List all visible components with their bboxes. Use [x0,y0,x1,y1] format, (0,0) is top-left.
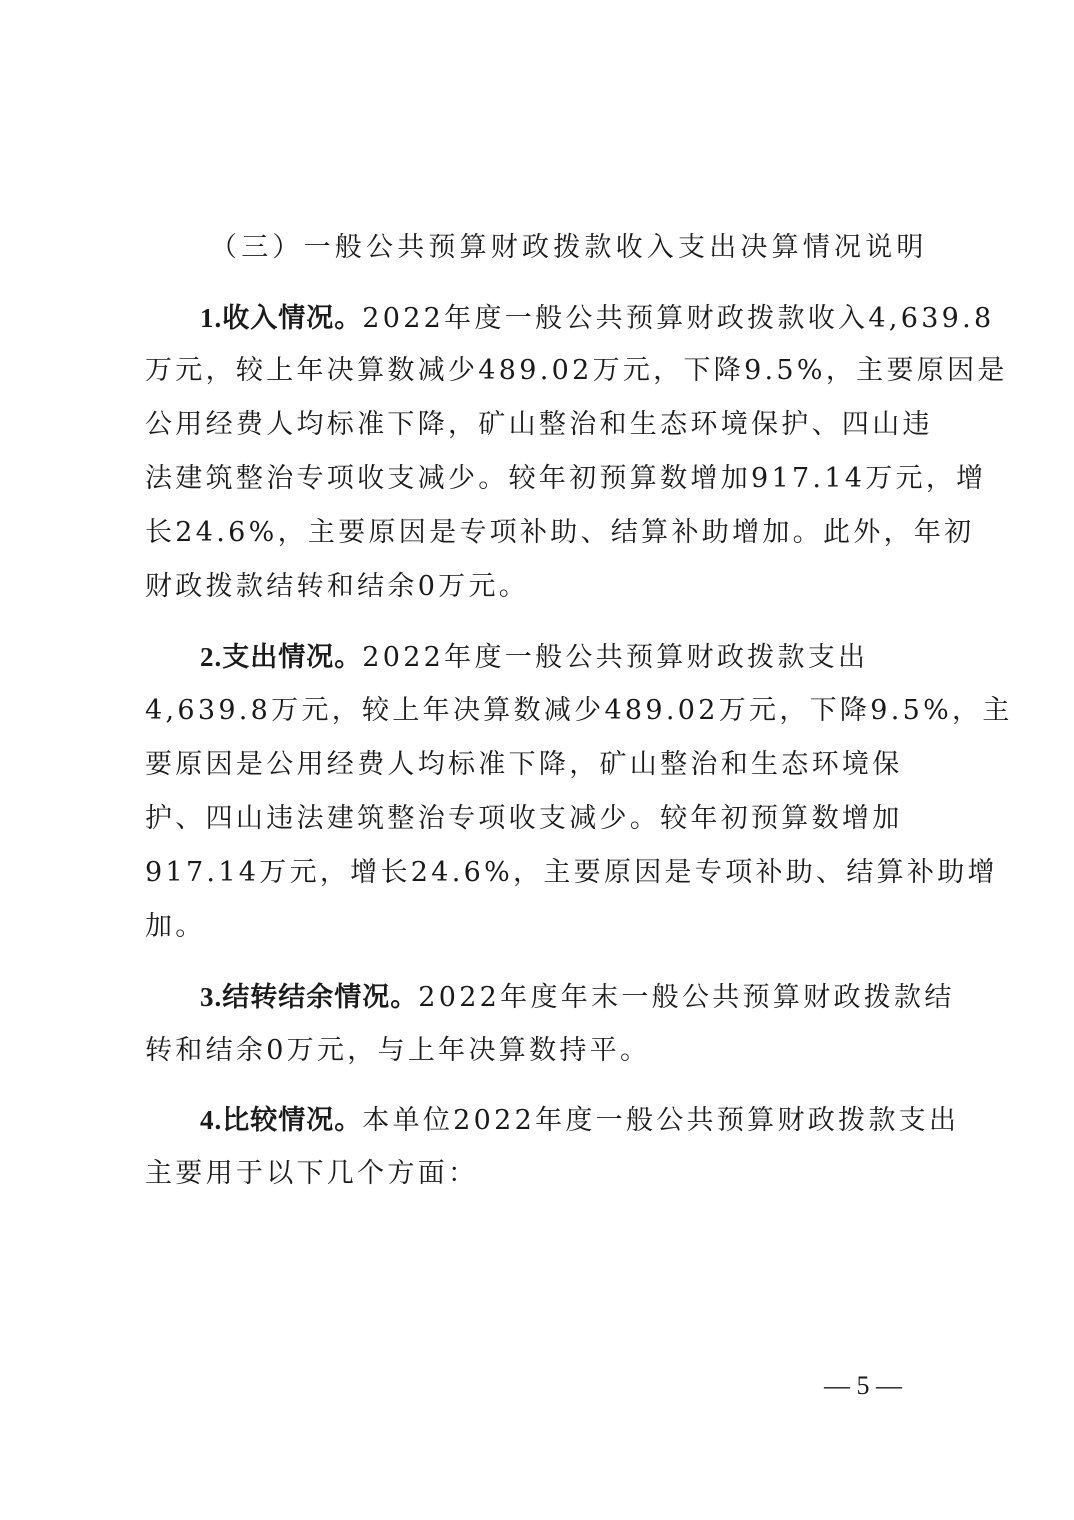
paragraph-2-line-2: 4,639.8万元，较上年决算数减少489.02万元，下降9.5%，主 [145,691,1013,731]
paragraph-4-line-1: 4.比较情况。本单位2022年度一般公共预算财政拨款支出 [200,1100,959,1141]
paragraph-2-line-1: 2.支出情况。2022年度一般公共预算财政拨款支出 [200,637,868,678]
page-number: — 5 — [824,1370,902,1402]
paragraph-4-line-2: 主要用于以下几个方面： [145,1154,478,1194]
paragraph-2-line-4: 护、四山违法建筑整治专项收支减少。较年初预算数增加 [145,799,903,839]
paragraph-3-lead: 3.结转结余情况。 [200,982,418,1012]
paragraph-1-text: 2022年度一般公共预算财政拨款收入4,639.8 [362,303,994,334]
paragraph-1-line-2: 万元，较上年决算数减少489.02万元，下降9.5%，主要原因是 [145,351,1008,391]
paragraph-1-line-1: 1.收入情况。2022年度一般公共预算财政拨款收入4,639.8 [200,298,995,339]
paragraph-3-text: 2022年度年末一般公共预算财政拨款结 [418,982,954,1013]
paragraph-4-text: 本单位2022年度一般公共预算财政拨款支出 [362,1105,959,1136]
paragraph-1-line-6: 财政拨款结转和结余0万元。 [145,567,529,607]
paragraph-2-line-3: 要原因是公用经费人均标准下降，矿山整治和生态环境保 [145,745,903,785]
paragraph-2-line-5: 917.14万元，增长24.6%，主要原因是专项补助、结算补助增 [145,853,998,893]
section-heading: （三）一般公共预算财政拨款收入支出决算情况说明 [210,228,928,268]
document-page: （三）一般公共预算财政拨款收入支出决算情况说明 1.收入情况。2022年度一般公… [0,0,1074,1520]
paragraph-2-text: 2022年度一般公共预算财政拨款支出 [362,642,868,673]
paragraph-1-line-4: 法建筑整治专项收支减少。较年初预算数增加917.14万元，增 [145,459,986,499]
paragraph-3-line-1: 3.结转结余情况。2022年度年末一般公共预算财政拨款结 [200,977,955,1018]
paragraph-2-lead: 2.支出情况。 [200,642,362,672]
paragraph-1-line-5: 长24.6%，主要原因是专项补助、结算补助增加。此外，年初 [145,513,974,553]
paragraph-2-line-6: 加。 [145,907,206,947]
paragraph-3-line-2: 转和结余0万元，与上年决算数持平。 [145,1031,650,1071]
paragraph-4-lead: 4.比较情况。 [200,1105,362,1135]
paragraph-1-lead: 1.收入情况。 [200,303,362,333]
paragraph-1-line-3: 公用经费人均标准下降，矿山整治和生态环境保护、四山违 [145,405,933,445]
